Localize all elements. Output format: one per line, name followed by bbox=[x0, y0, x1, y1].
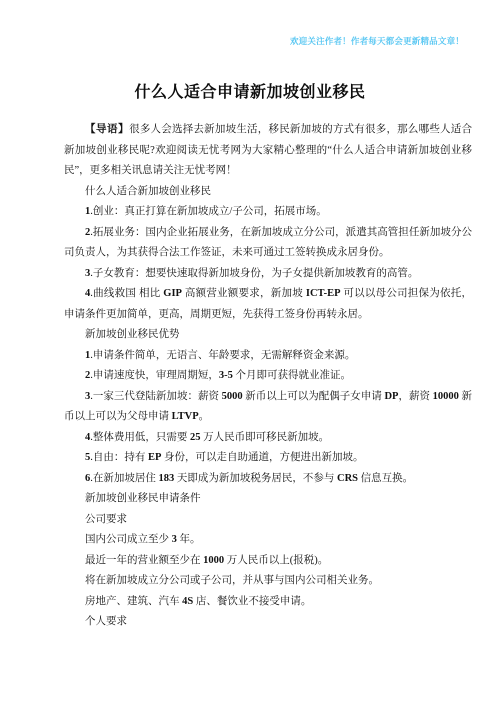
paragraph: 2.拓展业务：国内企业拓展业务，在新加坡成立分公司，派遣其高管担任新加坡分公司负… bbox=[64, 223, 472, 264]
paragraph: 4.整体费用低，只需要 25 万人民币即可移民新加坡。 bbox=[64, 428, 472, 449]
paragraph: 公司要求 bbox=[64, 510, 472, 531]
header-note: 欢迎关注作者！作者每天都会更新精品文章！ bbox=[290, 35, 464, 47]
paragraph: 【导语】很多人会选择去新加坡生活，移民新加坡的方式有很多，那么哪些人适合新加坡创… bbox=[64, 120, 472, 182]
document-page: 欢迎关注作者！作者每天都会更新精品文章！ 什么人适合申请新加坡创业移民 【导语】… bbox=[0, 0, 500, 707]
paragraph: 1.创业：真正打算在新加坡成立/子公司，拓展市场。 bbox=[64, 202, 472, 223]
page-title: 什么人适合申请新加坡创业移民 bbox=[0, 79, 500, 102]
paragraph: 什么人适合新加坡创业移民 bbox=[64, 182, 472, 203]
paragraph: 3.一家三代登陆新加坡：薪资 5000 新币以上可以为配偶子女申请 DP，薪资 … bbox=[64, 387, 472, 428]
paragraph: 4.曲线救国 相比 GIP 高额营业额要求，新加坡 ICT-EP 可以以母公司担… bbox=[64, 284, 472, 325]
paragraph: 3.子女教育：想要快速取得新加坡身份，为子女提供新加坡教育的高管。 bbox=[64, 264, 472, 285]
paragraph: 将在新加坡成立分公司或子公司，并从事与国内公司相关业务。 bbox=[64, 571, 472, 592]
paragraph: 新加坡创业移民优势 bbox=[64, 325, 472, 346]
lead-label: 【导语】 bbox=[85, 124, 129, 135]
paragraph: 2.申请速度快，审理周期短，3-5 个月即可获得就业准证。 bbox=[64, 366, 472, 387]
paragraph: 6.在新加坡居住 183 天即成为新加坡税务居民，不参与 CRS 信息互换。 bbox=[64, 469, 472, 490]
paragraph: 新加坡创业移民申请条件 bbox=[64, 489, 472, 510]
paragraph: 房地产、建筑、汽车 4S 店、餐饮业不接受申请。 bbox=[64, 592, 472, 613]
paragraph: 国内公司成立至少 3 年。 bbox=[64, 530, 472, 551]
paragraph: 1.申请条件简单，无语言、年龄要求，无需解释资金来源。 bbox=[64, 346, 472, 367]
paragraph: 个人要求 bbox=[64, 612, 472, 633]
article-body: 【导语】很多人会选择去新加坡生活，移民新加坡的方式有很多，那么哪些人适合新加坡创… bbox=[64, 120, 472, 633]
paragraph: 最近一年的营业额至少在 1000 万人民币以上(报税)。 bbox=[64, 551, 472, 572]
paragraph: 5.自由：持有 EP 身份，可以走自助通道，方便进出新加坡。 bbox=[64, 448, 472, 469]
